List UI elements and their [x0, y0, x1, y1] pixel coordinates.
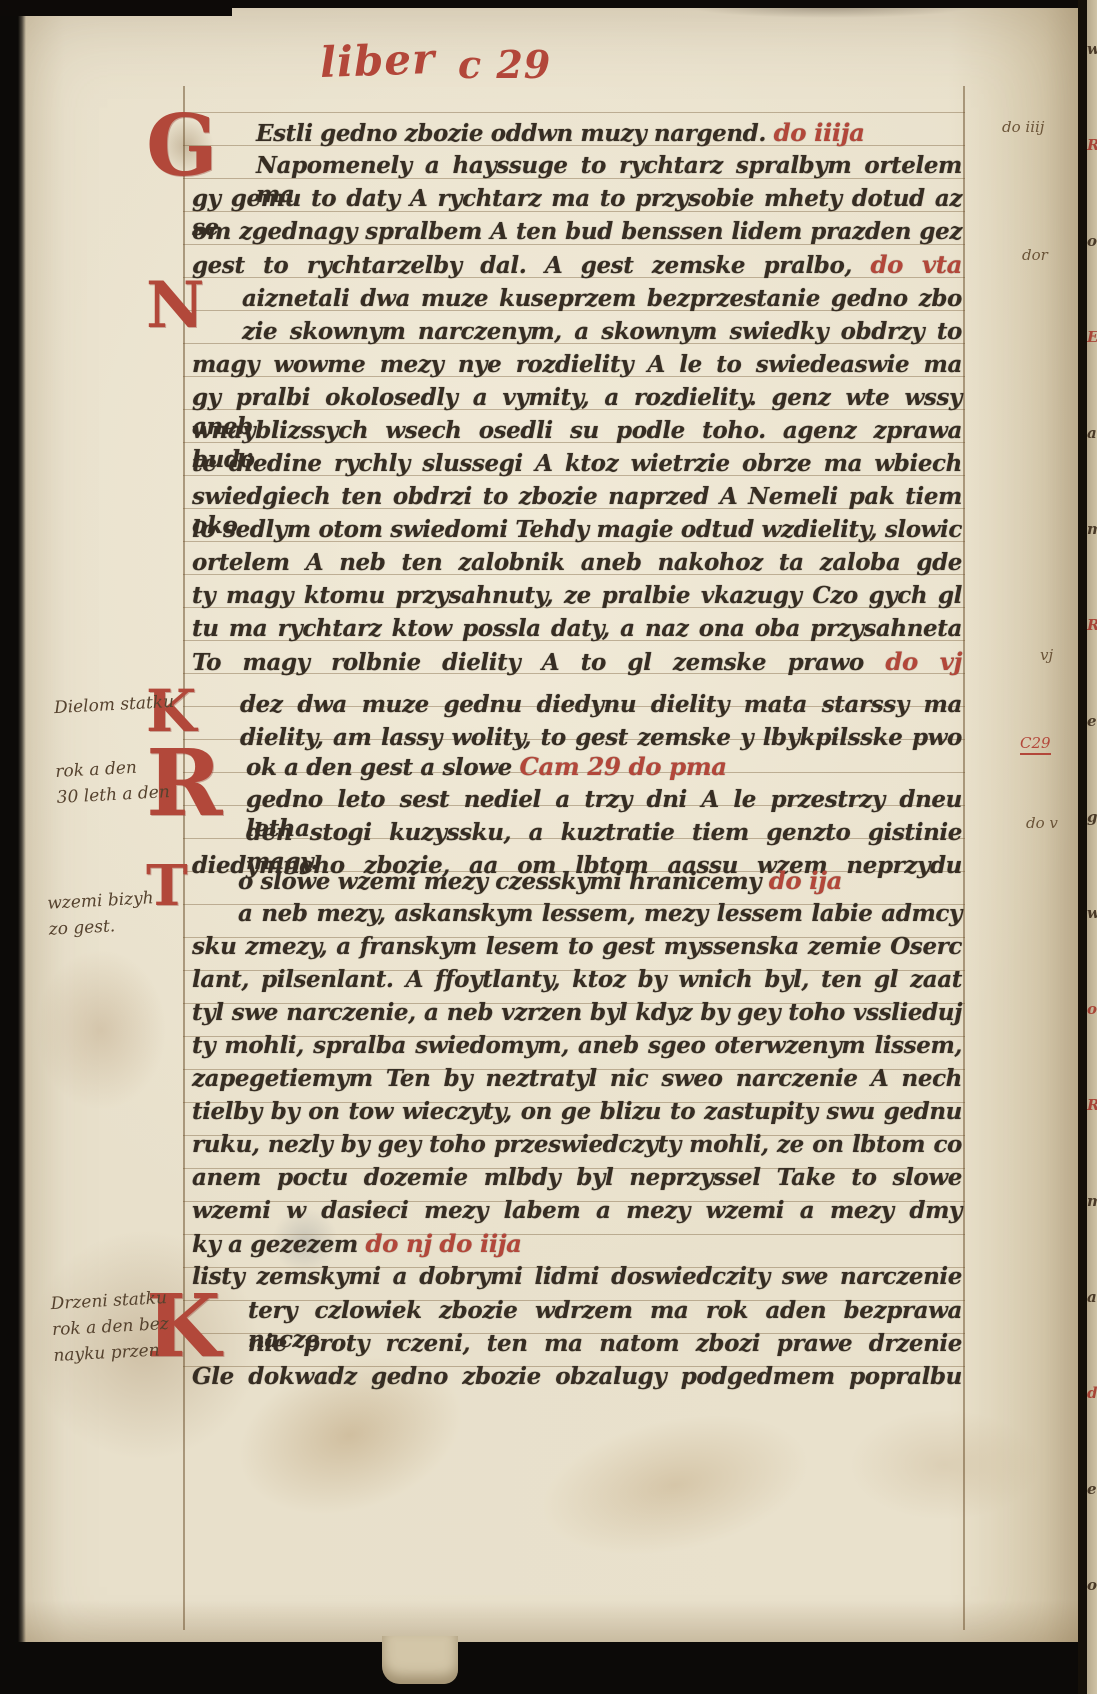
rubric-inline: do vta — [871, 250, 962, 279]
fore-edge-fragment: m — [1087, 520, 1097, 538]
text-line: sku zmezy, a franskym lesem to gest myss… — [192, 932, 962, 961]
fore-edge-fragment: m — [1087, 1192, 1097, 1210]
fore-edge-fragment: o — [1087, 232, 1097, 250]
fore-edge-fragment: w — [1087, 904, 1097, 922]
text-line: tielby by on tow wieczyty, on ge blizu t… — [192, 1097, 962, 1126]
margin-note-left-2: rok a den 30 leth a den — [55, 753, 171, 811]
rubric-inline: do nj — [365, 1229, 431, 1258]
text-line: ty mohli, spralba swiedomym, aneb sgeo o… — [192, 1031, 962, 1060]
fore-edge-fragment: E — [1087, 328, 1097, 346]
rubric-inline: do vj — [885, 647, 962, 676]
margin-note-right-4: C29 — [1020, 734, 1051, 755]
margin-note-left-4: Drzeni statku rok a den bez nayku przen — [50, 1285, 171, 1369]
drop-cap-initial: G — [146, 112, 218, 181]
text-line: ty magy ktomu przysahnuty, ze pralbie vk… — [192, 581, 962, 610]
drop-cap-initial: N — [146, 280, 205, 332]
margin-note-right-5: do v — [1026, 814, 1058, 832]
scan-edge-top-left — [0, 0, 232, 16]
text-line: a neb mezy, askanskym lessem, mezy lesse… — [238, 899, 962, 928]
text-line: tyl swe narczenie, a neb vzrzen byl kdyz… — [192, 998, 962, 1027]
text-line: ok a den gest a slowe Cam 29 do pma — [246, 752, 962, 782]
fore-edge-fragment: g — [1087, 808, 1097, 826]
text-line: nie proty rczeni, ten ma natom zbozi pra… — [248, 1329, 962, 1358]
text-line: anem poctu dozemie mlbdy byl neprzyssel … — [192, 1163, 962, 1192]
fore-edge-fragment: R — [1087, 136, 1097, 154]
text-line: wzemi w dasieci mezy labem a mezy wzemi … — [192, 1196, 962, 1225]
text-line: ky a gezezem do nj do iija — [192, 1229, 962, 1259]
fore-edge-fragment: o — [1087, 1000, 1097, 1018]
fore-edge-fragment: d — [1087, 1384, 1097, 1402]
parchment-page: liber c 29 GEstli gedno zbozie oddwn muz… — [0, 0, 1078, 1694]
text-line: listy zemskymi a dobrymi lidmi doswiedcz… — [192, 1262, 962, 1291]
margin-note-right-3: vj — [1040, 646, 1053, 664]
text-line: ortelem A neb ten zalobnik aneb nakohoz … — [192, 548, 962, 577]
margin-note-left-3: wzemi bizyh zo gest. — [47, 885, 156, 942]
fore-edge-fragment: a — [1087, 424, 1097, 442]
text-line: dielity, am lassy wolity, to gest zemske… — [240, 723, 962, 752]
fore-edge-fragment: R — [1087, 616, 1097, 634]
text-line: lant, pilsenlant. A ffoytlanty, ktoz by … — [192, 965, 962, 994]
text-line: zie skownym narczenym, a skownym swiedky… — [242, 317, 962, 346]
scan-edge-left — [0, 0, 26, 1694]
rubric-inline: do iija — [439, 1229, 521, 1258]
text-line: zapegetiemym Ten by neztratyl nic sweo n… — [192, 1064, 962, 1093]
fore-edge-fragment: o — [1087, 1576, 1097, 1594]
text-line: tu ma rychtarz ktow possla daty, a naz o… — [192, 614, 962, 643]
rubric-inline: do iiija — [774, 118, 865, 147]
text-line: Estli gedno zbozie oddwn muzy nargend. d… — [256, 118, 962, 148]
fore-edge-fragment: a — [1087, 1288, 1097, 1306]
manuscript-scan: liber c 29 GEstli gedno zbozie oddwn muz… — [0, 0, 1097, 1694]
text-line: gest to rychtarzelby dal. A gest zemske … — [192, 250, 962, 280]
text-block: GEstli gedno zbozie oddwn muzy nargend. … — [0, 0, 1078, 1694]
margin-note-right-2: dor — [1022, 246, 1048, 264]
fore-edge-fragment: e — [1087, 1480, 1097, 1498]
scan-edge-bottom — [0, 1642, 1097, 1694]
text-line: ruku, nezly by gey toho przeswiedczyty m… — [192, 1130, 962, 1159]
margin-note-right-1: do iiij — [1002, 118, 1044, 136]
text-line: o slowe wzemi mezy czesskymi hranicemy d… — [238, 866, 962, 896]
fore-edge-fragment: e — [1087, 712, 1097, 730]
fore-edge-fragment: w — [1087, 40, 1097, 58]
page-gap-shadow — [1078, 0, 1087, 1694]
text-line: aiznetali dwa muze kuseprzem bezprzestan… — [242, 284, 962, 313]
parchment-tab — [382, 1636, 458, 1684]
text-line: om zgednagy spralbem A ten bud benssen l… — [192, 217, 962, 246]
text-line: Gle dokwadz gedno zbozie obzalugy podged… — [192, 1362, 962, 1391]
rubric-inline: do ija — [769, 866, 842, 895]
text-line: lo sedlym otom swiedomi Tehdy magie odtu… — [192, 515, 962, 544]
text-line: dez dwa muze gednu diedynu dielity mata … — [240, 690, 962, 719]
text-line: magy wowme mezy nye rozdielity A le to s… — [192, 350, 962, 379]
fore-edge-fragment: R — [1087, 1096, 1097, 1114]
text-line: To magy rolbnie dielity A to gl zemske p… — [192, 647, 962, 677]
text-line: te diedine rychly slussegi A ktoz wietrz… — [192, 449, 962, 478]
facing-page-fore-edge: wRoEamRegwoRmadeo — [1087, 0, 1097, 1694]
rubric-inline: Cam 29 do pma — [520, 752, 727, 781]
